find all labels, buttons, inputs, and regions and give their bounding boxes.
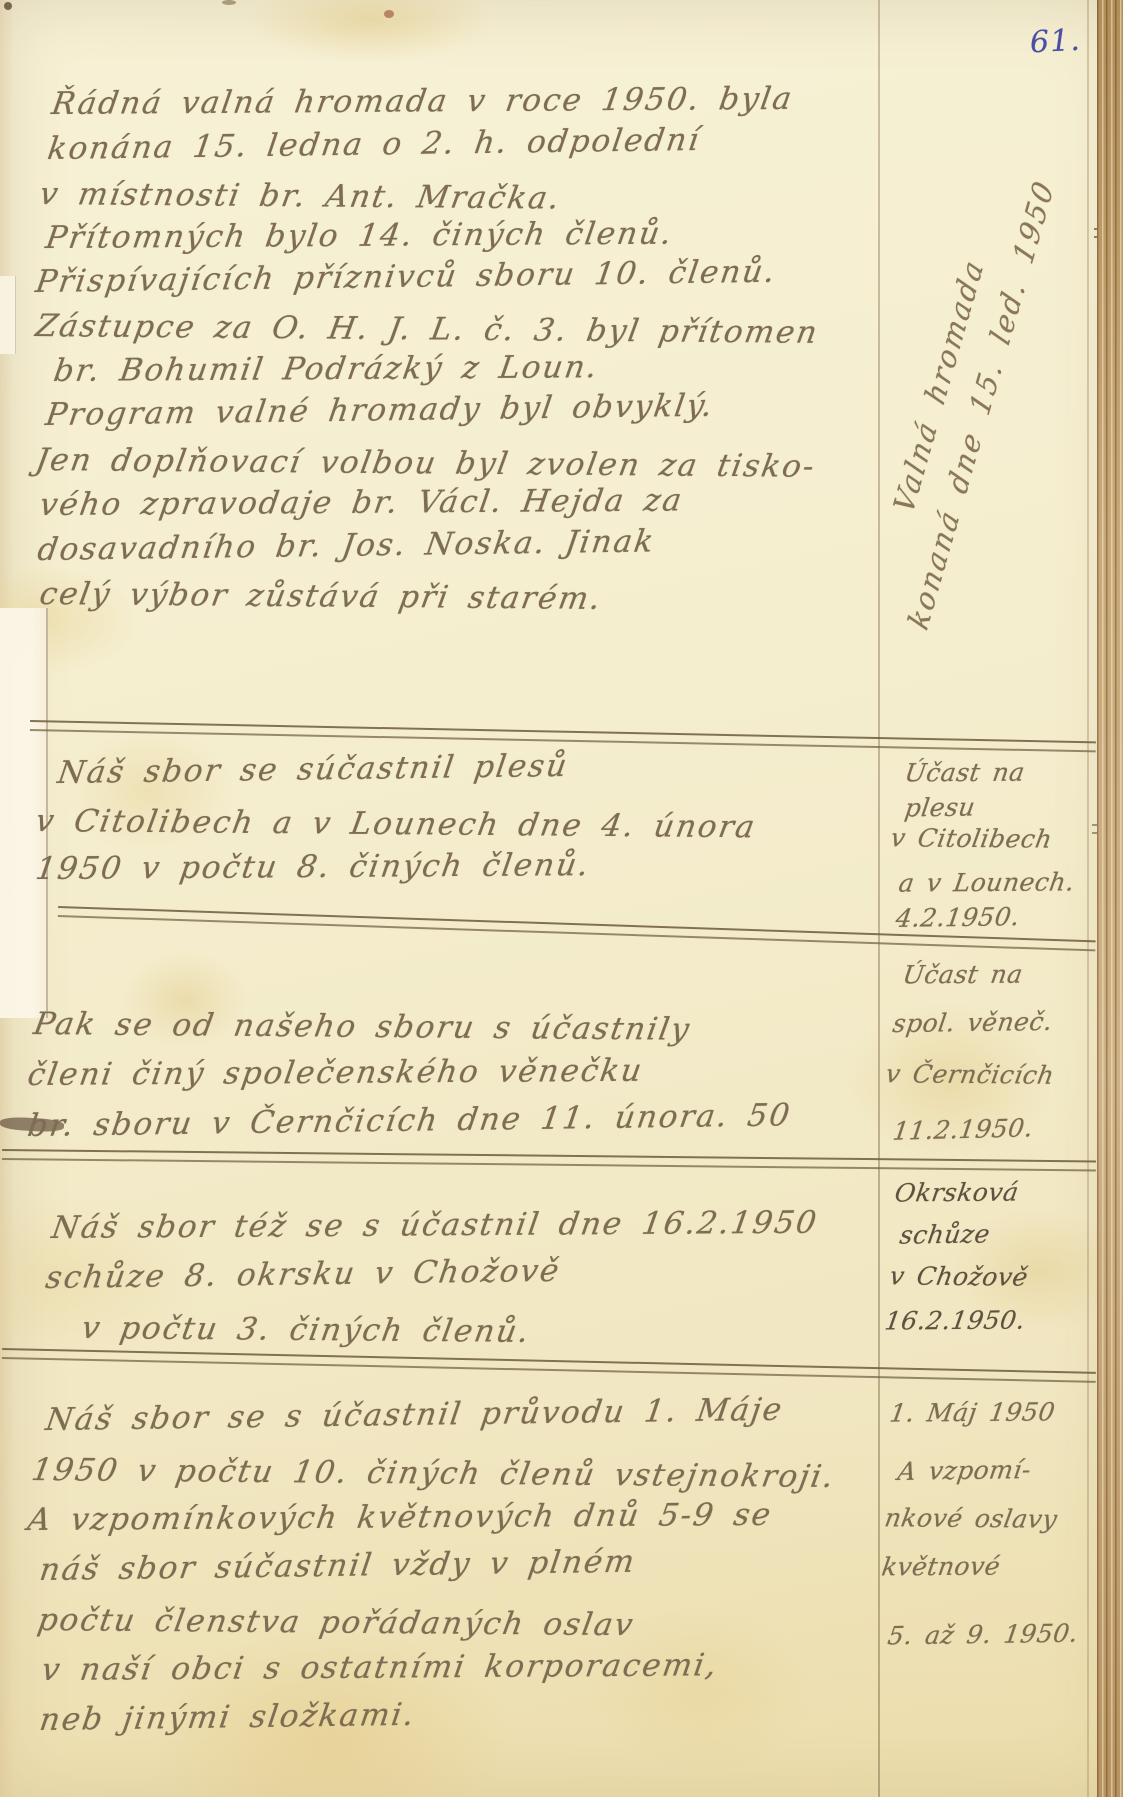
handwritten-line: Pak se od našeho sboru s účastnily [31,1006,694,1048]
handwritten-line: členi činý společenského věnečku [25,1053,646,1093]
chronicle-page-scan: 61. Řádná valná hromada v roce 1950. byl… [0,0,1123,1797]
handwritten-line: Náš sbor též se s účastnil dne 16.2.1950 [49,1205,820,1246]
handwritten-line: konána 15. ledna o 2. h. odpolední [45,122,703,167]
handwritten-line: v počtu 3. činých členů. [79,1310,533,1350]
margin-note-line: v Černčicích [884,1059,1057,1089]
margin-note-line: Okrsková [893,1178,1021,1208]
section-divider-rule [2,1149,1096,1171]
margin-note-line: 1. Máj 1950 [888,1397,1058,1427]
margin-note-line: a v Lounech. [897,867,1077,897]
handwritten-line: Náš sbor se súčastnil plesů [55,748,570,791]
handwritten-line: Zástupce za O. H. J. L. č. 3. byl přítom… [33,308,822,351]
handwritten-line: Přispívajících příznivců sboru 10. členů… [33,254,778,300]
page-crease-line [1087,0,1089,1797]
handwritten-line: v naší obci s ostatními korporacemi, [39,1647,720,1688]
margin-note-line: 11.2.1950. [891,1113,1035,1146]
handwritten-line: dosavadního br. Jos. Noska. Jinak [35,523,657,568]
paper-speck [4,2,12,10]
margin-note-line: 5. až 9. 1950. [886,1619,1080,1651]
book-binding-edge [1097,0,1123,1797]
margin-note-line: Účast na [903,758,1027,788]
handwritten-line: 1950 v počtu 8. činých členů. [33,847,592,887]
handwritten-line: schůze 8. okrsku v Chožově [43,1253,563,1296]
margin-note-line: 16.2.1950. [883,1305,1028,1335]
handwritten-line: počtu členstva pořádaných oslav [35,1602,637,1643]
margin-note-line: nkové oslavy [883,1503,1060,1533]
margin-note-rotated: Valná hromada konaná dne 15. led. 1950 [840,107,1079,683]
handwritten-line: br. sboru v Černčicích dne 11. února. 50 [25,1097,793,1144]
handwritten-line: Program valné hromady byl obvyklý. [43,388,716,433]
margin-note-line: v Citolibech [889,823,1055,853]
handwritten-line: náš sbor súčastnil vždy v plném [37,1544,638,1588]
handwritten-line: v místnosti br. Ant. Mračka. [37,176,564,216]
handwritten-line: neb jinými složkami. [37,1697,418,1738]
handwritten-line: v Citolibech a v Lounech dne 4. února [33,803,759,845]
margin-note-line: plesu [903,792,977,822]
handwritten-line: vého zpravodaje br. Václ. Hejda za [37,482,686,523]
margin-note-line: schůze [898,1219,992,1249]
paper-speck [222,0,236,5]
paper-speck [384,10,394,18]
page-number: 61. [1029,23,1081,61]
margin-note-line: květnové [880,1552,1003,1582]
handwritten-line: Jen doplňovací volbou byl zvolen za tisk… [33,442,819,485]
margin-divider-line [878,0,880,1797]
margin-note-line: A vzpomí- [896,1455,1033,1486]
handwritten-line: Náš sbor se s účastnil průvodu 1. Máje [43,1392,785,1438]
handwritten-line: 1950 v počtu 10. činých členů vstejnokro… [29,1452,838,1495]
margin-note-line: spol. věneč. [891,1007,1055,1038]
handwritten-line: br. Bohumil Podrázký z Loun. [51,349,601,389]
margin-note-line: 4.2.1950. [894,902,1022,933]
left-edge-patch-small [0,276,16,354]
section-divider-rule [2,1348,1096,1383]
margin-note-line: Účast na [901,960,1025,990]
handwritten-line: A vzpomínkových květnových dnů 5-9 se [25,1497,775,1538]
handwritten-line: celý výbor zůstává při starém. [37,576,605,617]
margin-note-line: v Chožově [888,1261,1031,1291]
handwritten-line: Řádná valná hromada v roce 1950. byla [49,81,796,122]
handwritten-line: Přítomných bylo 14. činých členů. [43,216,675,256]
